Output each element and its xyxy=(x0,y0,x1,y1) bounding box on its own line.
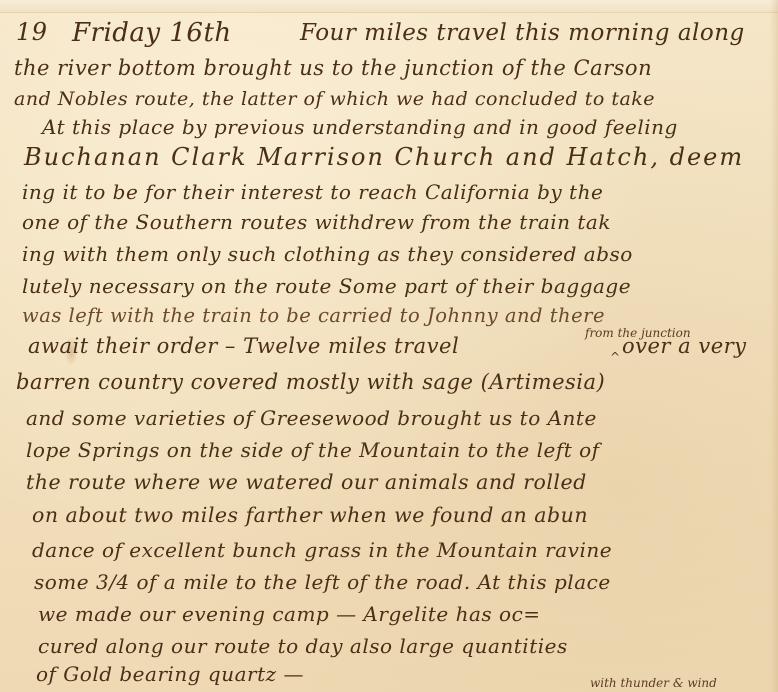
page-right-edge xyxy=(770,0,778,692)
text-line-21: of Gold bearing quartz — xyxy=(36,664,304,684)
entry-day-number: 19 xyxy=(16,20,48,44)
text-line-10: was left with the train to be carried to… xyxy=(22,306,605,326)
text-line-7: one of the Southern routes withdrew from… xyxy=(22,212,611,232)
diary-page: 19 Friday 16th Four miles travel this mo… xyxy=(0,0,778,692)
text-line-19: we made our evening camp — Argelite has … xyxy=(38,604,541,624)
text-line-14: lope Springs on the side of the Mountain… xyxy=(26,440,600,460)
text-line-5: Buchanan Clark Marrison Church and Hatch… xyxy=(24,145,744,169)
text-line-11-continued: over a very xyxy=(622,336,747,357)
text-line-3: and Nobles route, the latter of which we… xyxy=(14,90,655,109)
margin-note: with thunder & wind xyxy=(590,676,717,690)
text-line-4: At this place by previous understanding … xyxy=(42,117,678,137)
text-line-9: lutely necessary on the route Some part … xyxy=(22,276,631,296)
text-line-20: cured along our route to day also large … xyxy=(38,636,568,656)
text-line-17: dance of excellent bunch grass in the Mo… xyxy=(32,540,612,560)
text-line-16: on about two miles farther when we found… xyxy=(32,505,588,526)
text-line-1: Four miles travel this morning along xyxy=(300,22,745,45)
text-line-18: some 3/4 of a mile to the left of the ro… xyxy=(34,572,611,592)
text-line-13: and some varieties of Greesewood brought… xyxy=(26,408,597,428)
insertion-caret: ^ xyxy=(610,350,620,364)
text-line-12: barren country covered mostly with sage … xyxy=(16,372,605,393)
text-line-15: the route where we watered our animals a… xyxy=(26,472,587,493)
text-line-2: the river bottom brought us to the junct… xyxy=(14,58,652,79)
text-line-6: ing it to be for their interest to reach… xyxy=(22,182,603,202)
text-line-8: ing with them only such clothing as they… xyxy=(22,244,633,264)
page-top-edge xyxy=(0,0,778,13)
text-line-11: await their order – Twelve miles travel xyxy=(28,336,459,357)
entry-date-heading: Friday 16th xyxy=(72,20,232,46)
